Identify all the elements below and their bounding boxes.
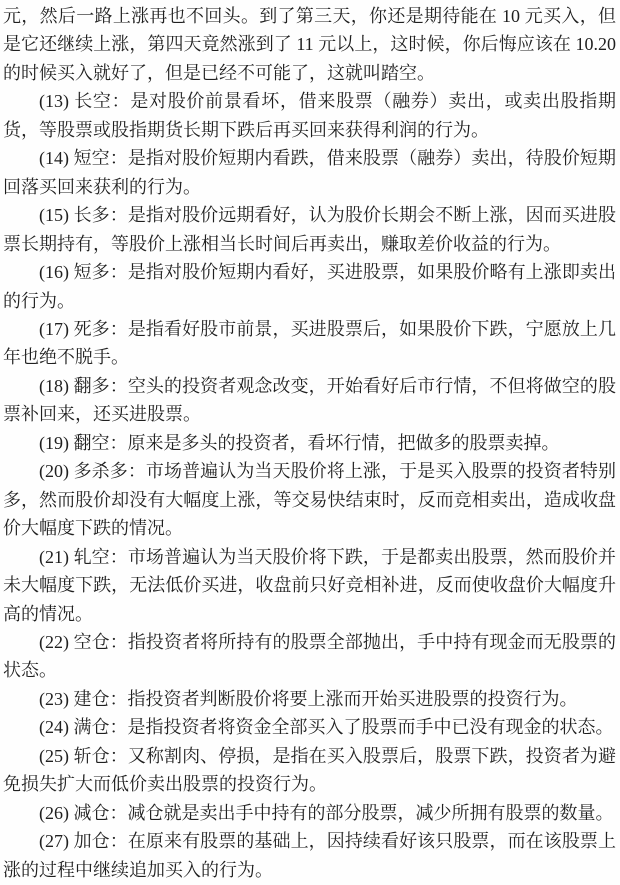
term-item-27: (27) 加仓：在原来有股票的基础上，因持续看好该只股票，而在该股票上涨的过程中… — [3, 827, 616, 884]
term-item-24: (24) 满仓：是指投资者将资金全部买入了股票而手中已没有现金的状态。 — [3, 713, 616, 741]
paragraph-container: 元，然后一路上涨再也不回头。到了第三天，你还是期待能在 10 元买入，但是它还继… — [3, 2, 616, 884]
document-page: 元，然后一路上涨再也不回头。到了第三天，你还是期待能在 10 元买入，但是它还继… — [0, 0, 620, 885]
term-item-17: (17) 死多：是指看好股市前景，买进股票后，如果股价下跌，宁愿放上几年也绝不脱… — [3, 315, 616, 372]
term-item-20: (20) 多杀多：市场普遍认为当天股价将上涨，于是买入股票的投资者特别多，然而股… — [3, 457, 616, 542]
term-item-22: (22) 空仓：指投资者将所持有的股票全部抛出，手中持有现金而无股票的状态。 — [3, 628, 616, 685]
continuation-paragraph-takong: 元，然后一路上涨再也不回头。到了第三天，你还是期待能在 10 元买入，但是它还继… — [3, 2, 616, 87]
term-item-26: (26) 减仓：减仓就是卖出手中持有的部分股票，减少所拥有股票的数量。 — [3, 799, 616, 827]
term-item-16: (16) 短多：是指对股价短期内看好，买进股票，如果股价略有上涨即卖出的行为。 — [3, 258, 616, 315]
term-item-25: (25) 斩仓：又称割肉、停损，是指在买入股票后，股票下跌，投资者为避免损失扩大… — [3, 742, 616, 799]
term-item-13: (13) 长空：是对股价前景看坏，借来股票（融券）卖出，或卖出股指期货，等股票或… — [3, 87, 616, 144]
term-item-21: (21) 轧空：市场普遍认为当天股价将下跌，于是都卖出股票，然而股价并未大幅度下… — [3, 543, 616, 628]
term-item-23: (23) 建仓：指投资者判断股价将要上涨而开始买进股票的投资行为。 — [3, 685, 616, 713]
term-item-18: (18) 翻多：空头的投资者观念改变，开始看好后市行情，不但将做空的股票补回来，… — [3, 372, 616, 429]
term-item-14: (14) 短空：是指对股价短期内看跌，借来股票（融券）卖出，待股价短期回落买回来… — [3, 144, 616, 201]
term-item-15: (15) 长多：是指对股价远期看好，认为股价长期会不断上涨，因而买进股票长期持有… — [3, 201, 616, 258]
term-item-19: (19) 翻空：原来是多头的投资者，看坏行情，把做多的股票卖掉。 — [3, 429, 616, 457]
